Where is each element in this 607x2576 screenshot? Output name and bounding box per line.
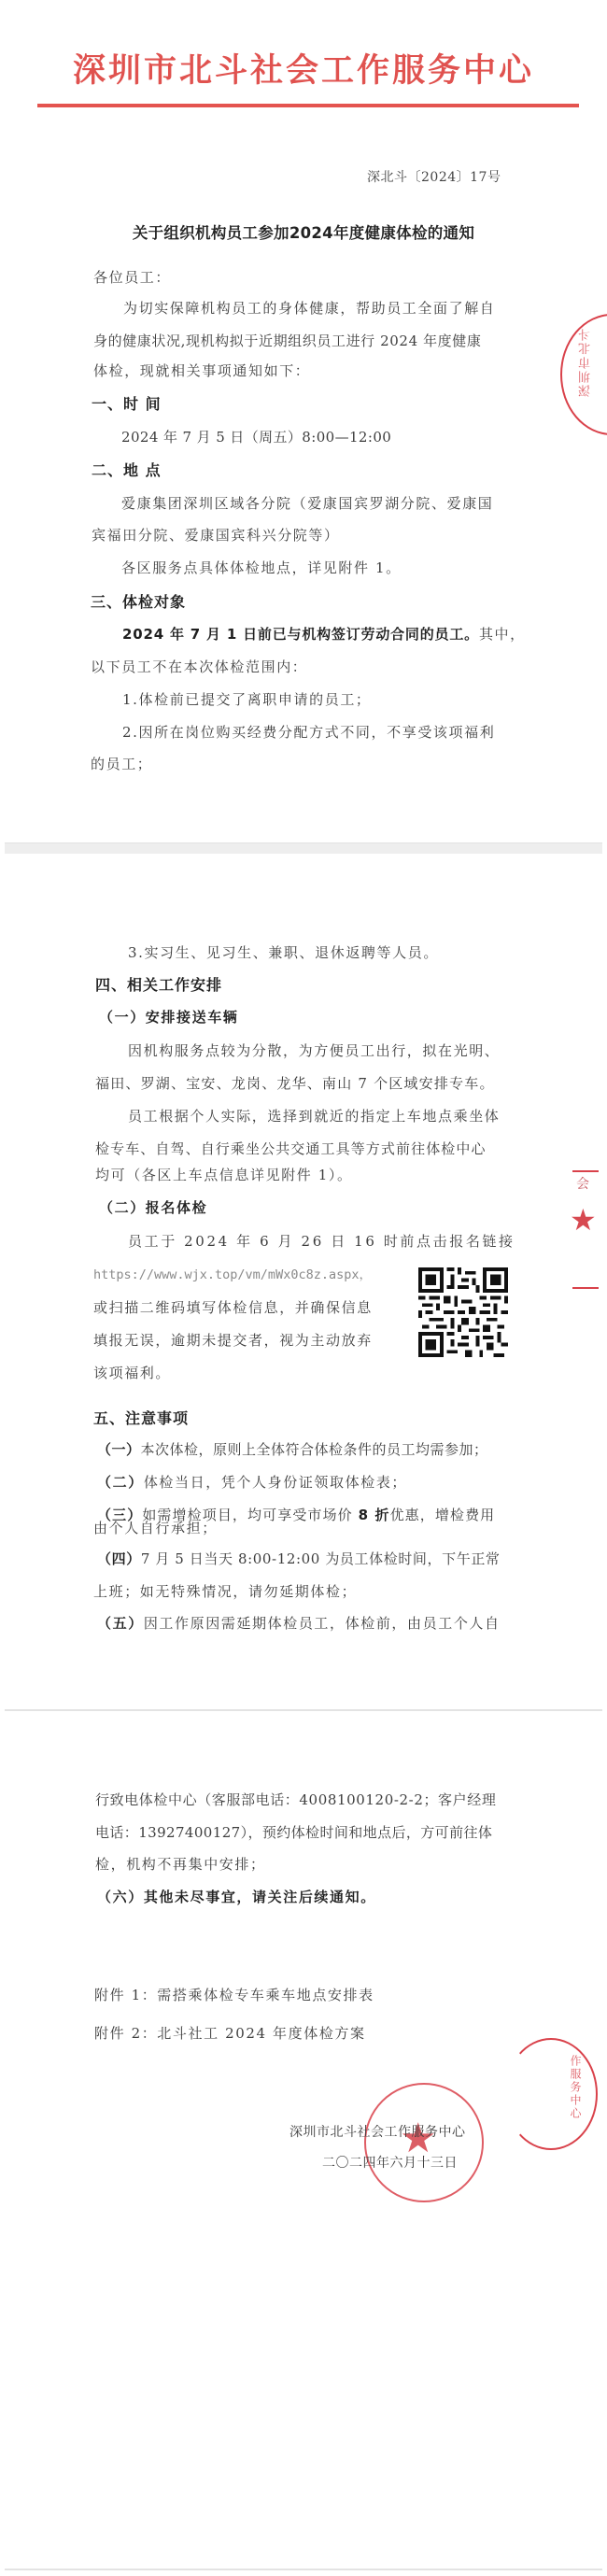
intro-line-3: 体检，现就相关事项通知如下：	[93, 361, 310, 380]
page-break	[5, 1709, 602, 1711]
targets-bold-criteria: 2024 年 7 月 1 日前已与机构签订劳动合同的员工。	[122, 626, 479, 643]
registration-line-4: 填报无误，逾期未提交者，视为主动放弃	[93, 1330, 373, 1350]
exclusion-1: 1.体检前已提交了离职申请的员工；	[122, 689, 372, 709]
page-break	[5, 842, 602, 854]
registration-line-3: 或扫描二维码填写体检信息，并确保信息	[93, 1297, 373, 1317]
note-5-cont-3: 检，机构不再集中安排；	[95, 1854, 266, 1874]
note-5-cont-2: 电话：13927400127），预约体检时间和地点后，方可前往体	[95, 1822, 492, 1842]
intro-line-1: 为切实保障机构员工的身体健康，帮助员工全面了解自	[123, 298, 495, 318]
note-5: （五）因工作原因需延期体检员工，体检前，由员工个人自	[97, 1613, 501, 1633]
place-line-1: 爱康集团深圳区域各分院（爱康国宾罗湖分院、爱康国	[121, 493, 493, 513]
section-time-content: 2024 年 7 月 5 日（周五）8:00—12:00	[121, 427, 391, 446]
attachment-1[interactable]: 附件 1：需搭乘体检专车乘车地点安排表	[94, 1985, 374, 2004]
intro-line-2: 身的健康状况,现机构拟于近期组织员工进行 2024 年度健康	[93, 331, 481, 350]
transport-line-3: 员工根据个人实际，选择到就近的指定上车地点乘坐体	[128, 1106, 500, 1125]
registration-line-1: 员工于 2024 年 6 月 26 日 16 时前点击报名链接	[128, 1231, 515, 1251]
letterhead-org-name: 深圳市北斗社会工作服务中心	[0, 45, 607, 92]
section-targets-heading: 三、体检对象	[91, 590, 186, 612]
partial-seal-1-text: 深圳市北斗	[577, 327, 595, 397]
attachment-2[interactable]: 附件 2：北斗社工 2024 年度体检方案	[94, 2023, 366, 2043]
targets-line-1-tail: 其中，	[479, 626, 526, 643]
qr-code-icon[interactable]	[418, 1267, 508, 1357]
star-icon: ★	[570, 1205, 597, 1235]
exclusion-2-cont: 的员工；	[91, 754, 152, 773]
section-time-heading: 一、时 间	[92, 392, 162, 414]
note-1-text: 本次体检，原则上全体符合体检条件的员工均需参加；	[141, 1441, 488, 1458]
note-6: （六）其他未尽事宜，请关注后续通知。	[97, 1887, 376, 1906]
letterhead-red-rule	[37, 104, 579, 107]
exclusion-3: 3.实习生、见习生、兼职、退休返聘等人员。	[128, 942, 439, 962]
partial-seal-3	[504, 2038, 598, 2150]
note-4-cont: 上班；如无特殊情况，请勿延期体检；	[93, 1581, 357, 1601]
doc-title: 关于组织机构员工参加2024年度健康体检的通知	[0, 220, 607, 243]
note-4-text: 7 月 5 日当天 8:00-12:00 为员工体检时间，下午正常	[141, 1550, 501, 1567]
transport-line-1: 因机构服务点较为分散，为方便员工出行，拟在光明、	[128, 1040, 500, 1060]
note-3-discount: 8 折	[359, 1507, 390, 1523]
note-5-label: （五）	[97, 1615, 144, 1632]
signature-date: 二〇二四年六月十三日	[322, 2153, 458, 2172]
note-5-text: 因工作原因需延期体检员工，体检前，由员工个人自	[144, 1615, 501, 1632]
registration-link[interactable]: https://www.wjx.top/vm/mWx0c8z.aspx，	[93, 1264, 372, 1282]
note-2-label: （二）	[97, 1474, 144, 1491]
registration-line-5: 该项福利。	[93, 1363, 171, 1382]
section-notes-heading: 五、注意事项	[93, 1407, 189, 1428]
page-break	[5, 2569, 602, 2570]
salutation: 各位员工：	[93, 267, 171, 287]
exclusion-2: 2.因所在岗位购买经费分配方式不同，不享受该项福利	[122, 722, 495, 742]
note-2-text: 体检当日，凭个人身份证领取体检表；	[144, 1474, 407, 1491]
note-4: （四）7 月 5 日当天 8:00-12:00 为员工体检时间，下午正常	[97, 1549, 501, 1568]
transport-line-2: 福田、罗湖、宝安、龙岗、龙华、南山 7 个区域安排专车。	[95, 1073, 495, 1093]
note-1: （一）本次体检，原则上全体符合体检条件的员工均需参加；	[97, 1439, 488, 1459]
transport-line-5: 均可（各区上车点信息详见附件 1）。	[95, 1165, 353, 1184]
note-2: （二）体检当日，凭个人身份证领取体检表；	[97, 1472, 407, 1492]
partial-seal-3-text: 作服务中心	[568, 2055, 584, 2120]
transport-heading: （一）安排接送车辆	[99, 1007, 238, 1026]
registration-heading: （二）报名体检	[99, 1197, 207, 1217]
targets-line-1: 2024 年 7 月 1 日前已与机构签订劳动合同的员工。其中，	[122, 624, 526, 644]
section-arrangements-heading: 四、相关工作安排	[95, 973, 222, 995]
doc-number: 深北斗〔2024〕17号	[367, 167, 501, 186]
note-6-label: （六）	[97, 1889, 144, 1905]
partial-seal-2-char: 会	[576, 1174, 589, 1193]
signature-org: 深圳市北斗社会工作服务中心	[289, 2122, 466, 2141]
partial-seal-2-bottom-bar	[572, 1287, 599, 1289]
transport-line-4: 检专车、自驾、自行乘坐公共交通工具等方式前往体检中心	[95, 1139, 487, 1158]
note-6-text: 其他未尽事宜，请关注后续通知。	[144, 1889, 376, 1905]
note-3-text-b: 优惠，增检费用	[390, 1507, 496, 1523]
partial-seal-2-top-bar	[572, 1170, 599, 1172]
place-line-3: 各区服务点具体体检地点，详见附件 1。	[121, 558, 402, 577]
section-place-heading: 二、地 点	[92, 459, 162, 480]
note-5-cont-1: 行致电体检中心（客服部电话：4008100120-2-2；客户经理	[95, 1790, 496, 1809]
targets-line-2: 以下员工不在本次体检范围内：	[91, 657, 307, 676]
note-4-label: （四）	[97, 1550, 141, 1567]
note-3-cont: 由个人自行承担；	[93, 1518, 218, 1537]
place-line-2: 宾福田分院、爱康国宾科兴分院等）	[92, 525, 340, 545]
note-1-label: （一）	[97, 1441, 141, 1458]
